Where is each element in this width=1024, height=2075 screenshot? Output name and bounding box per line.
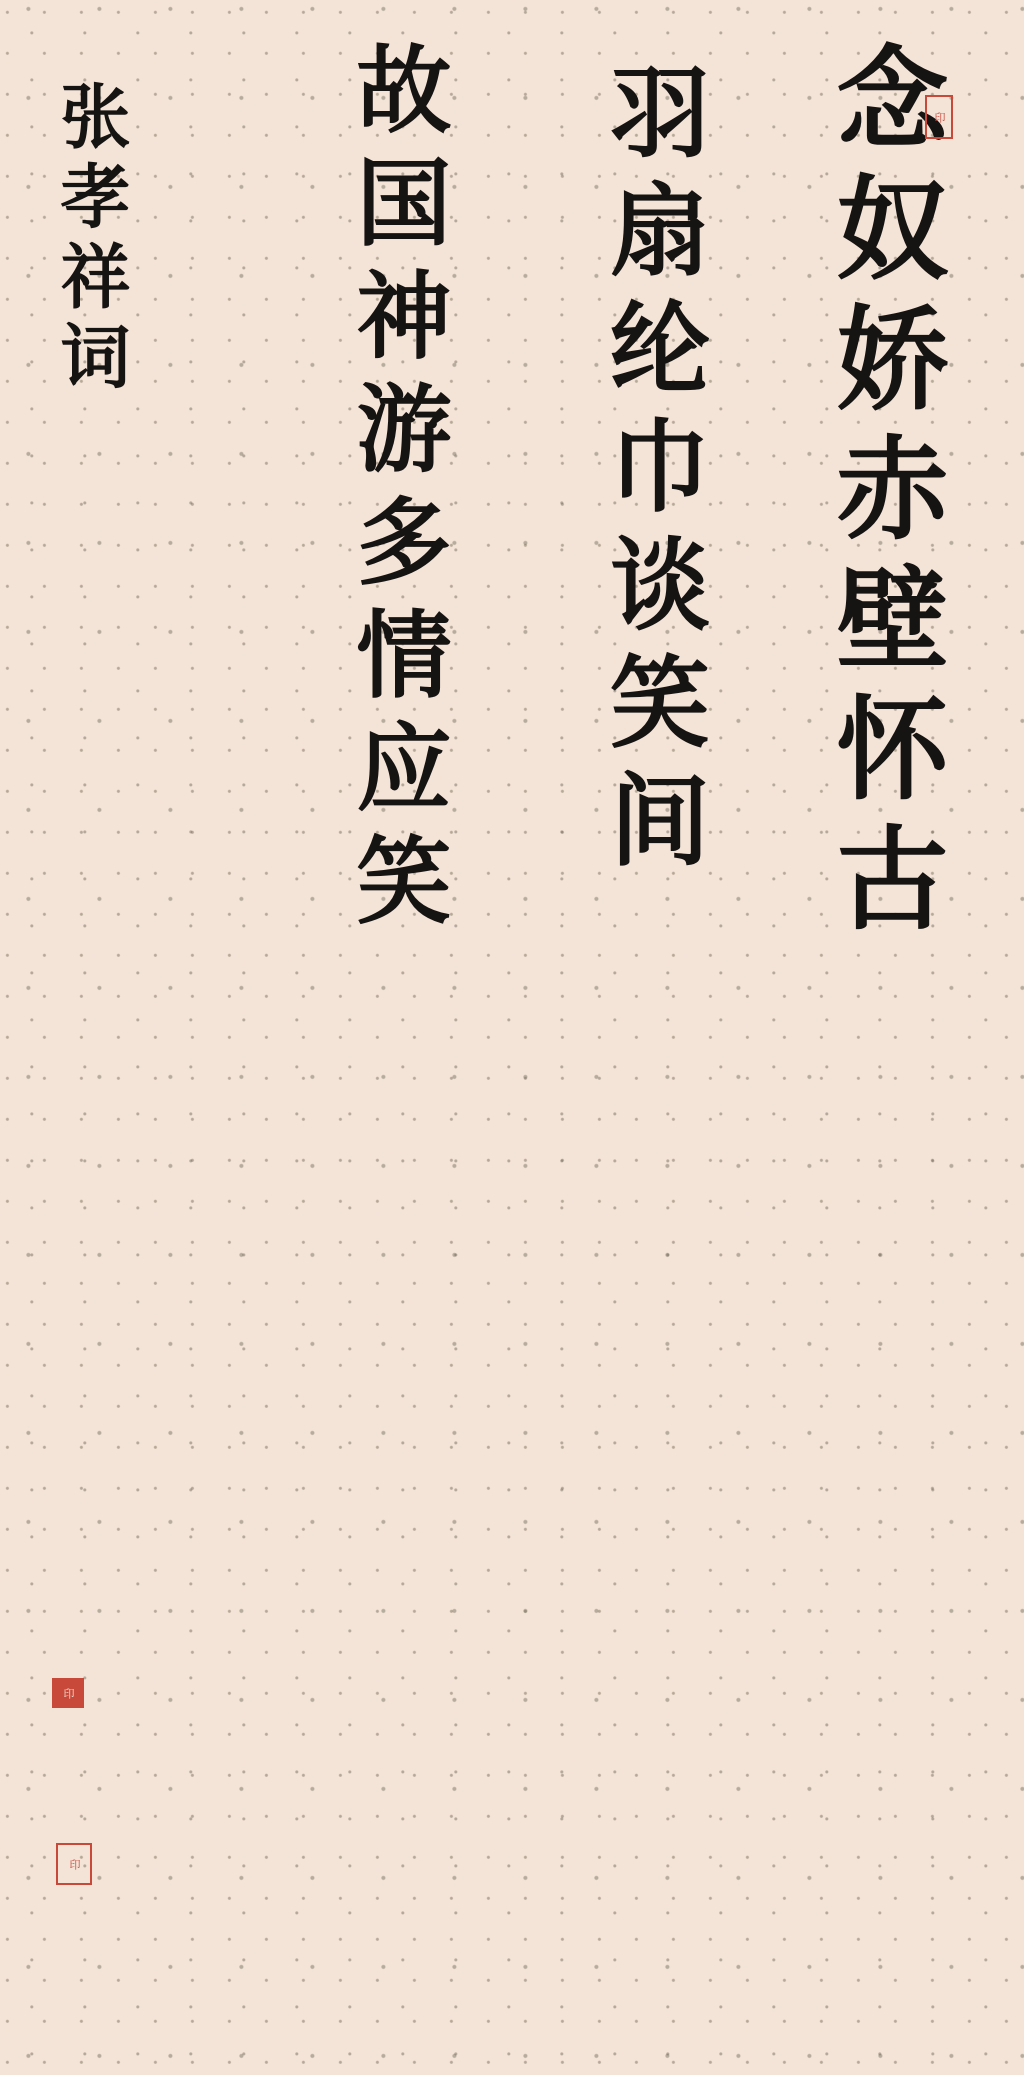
seal-signature: 印 [52, 1678, 84, 1708]
calligraphy-column-2: 羽扇纶巾谈笑间 [580, 60, 724, 886]
seal-bottom: 印 [56, 1843, 92, 1885]
seal-top-right: 印 [925, 95, 953, 139]
inscription-column: 张孝祥词 [40, 80, 141, 400]
calligraphy-column-3: 故国神游多情应笑 [328, 40, 464, 944]
calligraphy-column-1: 念奴娇赤壁怀古 [803, 40, 964, 950]
